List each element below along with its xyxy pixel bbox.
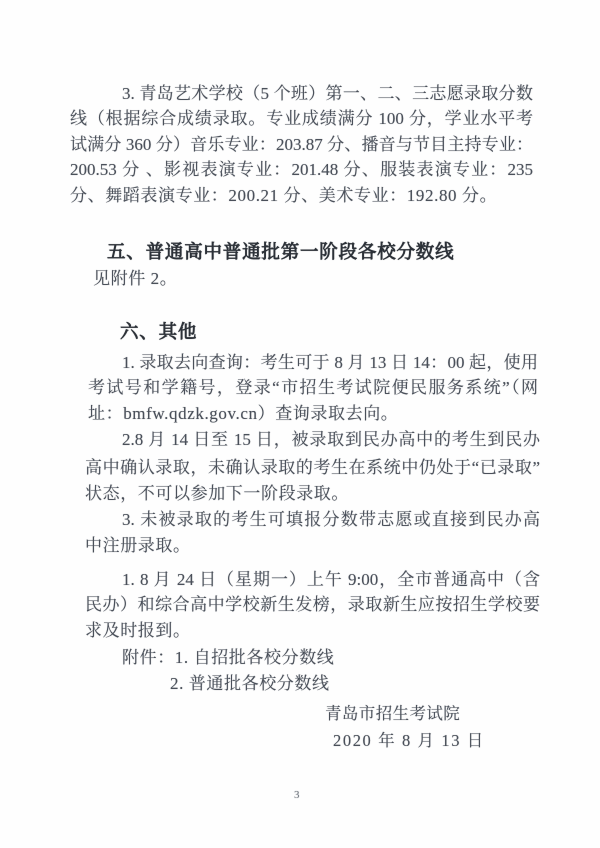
section-6-item-4-line: 民办）和综合高中学校新生发榜，录取新生应按招生学校要 (85, 594, 540, 616)
art-school-paragraph-line: 线（根据综合成绩录取。专业成绩满分 100 分，学业水平考 (70, 108, 533, 130)
section-5-body: 见附件 2。 (93, 268, 177, 290)
issuer-signature: 青岛市招生考试院 (325, 703, 460, 725)
document-page: 3. 青岛艺术学校（5 个班）第一、二、三志愿录取分数 线（根据综合成绩录取。专… (0, 0, 600, 848)
section-6-item-4-line: 求及时报到。 (85, 620, 191, 642)
art-school-paragraph-line: 试满分 360 分）音乐专业：203.87 分、播音与节目主持专业： (70, 134, 533, 156)
section-5-heading: 五、普通高中普通批第一阶段各校分数线 (107, 241, 454, 263)
issue-date: 2020 年 8 月 13 日 (333, 730, 485, 752)
attachments-line-2: 2. 普通批各校分数线 (170, 673, 330, 695)
section-6-item-2-line: 状态，不可以参加下一阶段录取。 (85, 483, 349, 505)
art-school-paragraph-line: 分、舞蹈表演专业：200.21 分、美术专业：192.80 分。 (70, 185, 497, 207)
page-number: 3 (294, 784, 300, 806)
art-school-paragraph-line: 200.53 分 、影视表演专业：201.48 分、服装表演专业：235 (70, 159, 533, 181)
section-6-item-3-line: 中注册录取。 (85, 535, 191, 557)
section-6-item-2-line: 高中确认录取，未确认录取的考生在系统中仍处于“已录取” (85, 457, 540, 479)
section-6-heading: 六、其他 (120, 321, 197, 343)
section-6-item-1-line: 1. 录取去向查询：考生可于 8 月 13 日 14：00 起，使用 (122, 352, 538, 374)
attachments-line-1: 附件：1. 自招批各校分数线 (122, 647, 334, 669)
section-6-item-3-line: 3. 未被录取的考生可填报分数带志愿或直接到民办高 (122, 509, 540, 531)
section-6-item-4-line: 1. 8 月 24 日（星期一）上午 9:00，全市普通高中（含 (122, 569, 540, 591)
section-6-item-2-line: 2.8 月 14 日至 15 日，被录取到民办高中的考生到民办 (122, 429, 540, 451)
section-6-item-1-line: 考试号和学籍号，登录“市招生考试院便民服务系统”（网 (88, 377, 538, 399)
art-school-paragraph-line: 3. 青岛艺术学校（5 个班）第一、二、三志愿录取分数 (122, 83, 533, 105)
section-6-item-1-line: 址：bmfw.qdzk.gov.cn）查询录取去向。 (88, 403, 398, 425)
